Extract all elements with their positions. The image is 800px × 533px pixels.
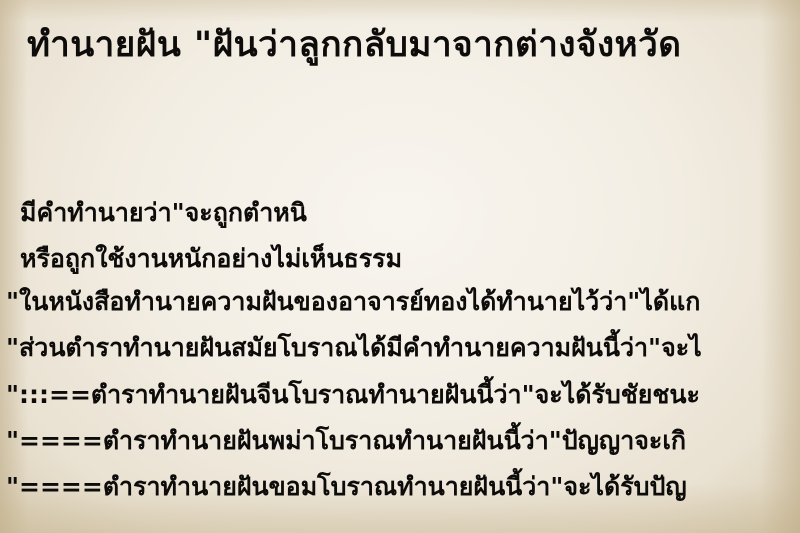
prediction-line-5: ":::==ตำราทำนายฝันจีนโบราณทำนายฝันนี้ว่า… — [6, 378, 700, 412]
aged-paper-background: ทำนายฝัน "ฝันว่าลูกกลับมาจากต่างจังหวัด … — [0, 0, 800, 533]
prediction-line-7: "====ตำราทำนายฝันขอมโบราณทำนายฝันนี้ว่า"… — [6, 470, 687, 504]
paper-top-edge — [0, 0, 800, 22]
prediction-line-1: มีคำทำนายว่า"จะถูกตำหนิ — [20, 196, 307, 230]
prediction-line-2: หรือถูกใช้งานหนักอย่างไม่เห็นธรรม — [20, 242, 402, 276]
dream-title: ทำนายฝัน "ฝันว่าลูกกลับมาจากต่างจังหวัด — [27, 22, 682, 68]
prediction-line-6: "====ตำราทำนายฝันพม่าโบราณทำนายฝันนี้ว่า… — [6, 424, 686, 458]
prediction-line-3: "ในหนังสือทำนายความฝันของอาจารย์ทองได้ทำ… — [6, 285, 700, 319]
prediction-line-4: "ส่วนตำราทำนายฝันสมัยโบราณได้มีคำทำนายคว… — [6, 331, 702, 365]
